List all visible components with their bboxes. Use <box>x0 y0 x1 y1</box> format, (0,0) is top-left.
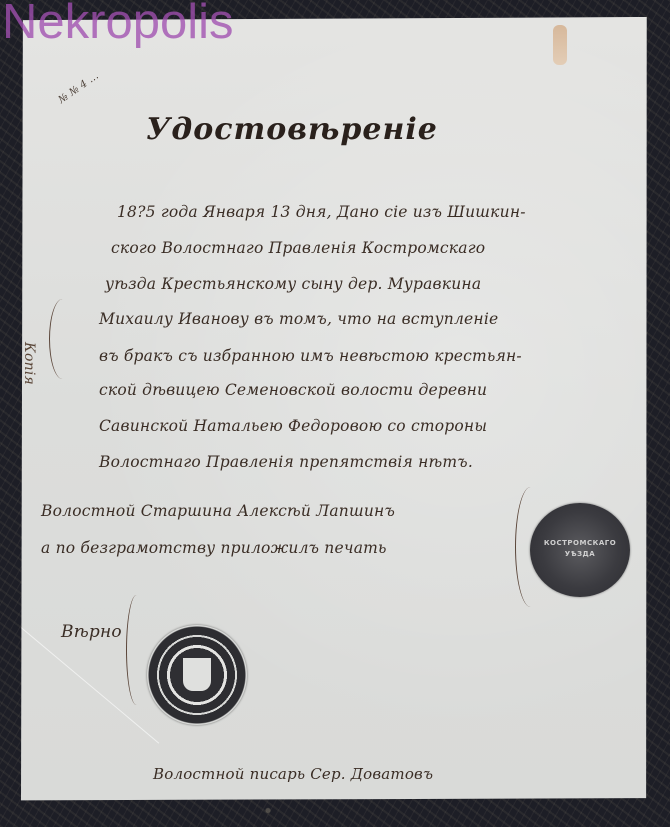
body-line-9: Волостной Старшина Алексѣй Лапшинъ <box>41 502 395 520</box>
clerk-signature: Волостной писарь Сер. Доватовъ <box>153 765 433 783</box>
paper-stain <box>553 25 567 65</box>
coat-of-arms-shield-icon <box>183 658 211 691</box>
attestation-verno: Вѣрно <box>61 622 122 642</box>
body-line-2: ского Волостнаго Правленія Костромскаго <box>111 239 485 257</box>
nekropolis-watermark: Nekropolis <box>2 0 233 50</box>
ink-stamp-coat-of-arms <box>147 625 247 725</box>
margin-flourish <box>49 299 76 379</box>
serial-number-note: № № 4 ... <box>57 71 101 106</box>
document-paper: № № 4 ... Удостовѣреніе Копія 18?5 года … <box>21 17 648 802</box>
body-line-4: Михаилу Иванову въ томъ, что на вступлен… <box>99 310 498 328</box>
body-line-10: а по безграмотству приложилъ печать <box>41 539 387 557</box>
seal-flourish <box>515 487 546 607</box>
body-line-7: Савинской Натальею Федоровою со стороны <box>99 417 487 435</box>
body-line-5: въ бракъ съ избранною имъ невѣстою крест… <box>99 347 522 365</box>
attestation-flourish <box>126 595 147 705</box>
margin-copy-note: Копія <box>21 342 37 385</box>
body-line-6: ской дѣвицею Семеновской волости деревни <box>99 381 487 399</box>
body-line-1: 18?5 года Января 13 дня, Дано сіе изъ Ши… <box>117 203 526 221</box>
document-title: Удостовѣреніе <box>146 112 438 147</box>
body-line-8: Волостнаго Правленія препятствія нѣтъ. <box>99 453 473 471</box>
body-line-3: уѣзда Крестьянскому сыну дер. Муравкина <box>105 275 481 293</box>
